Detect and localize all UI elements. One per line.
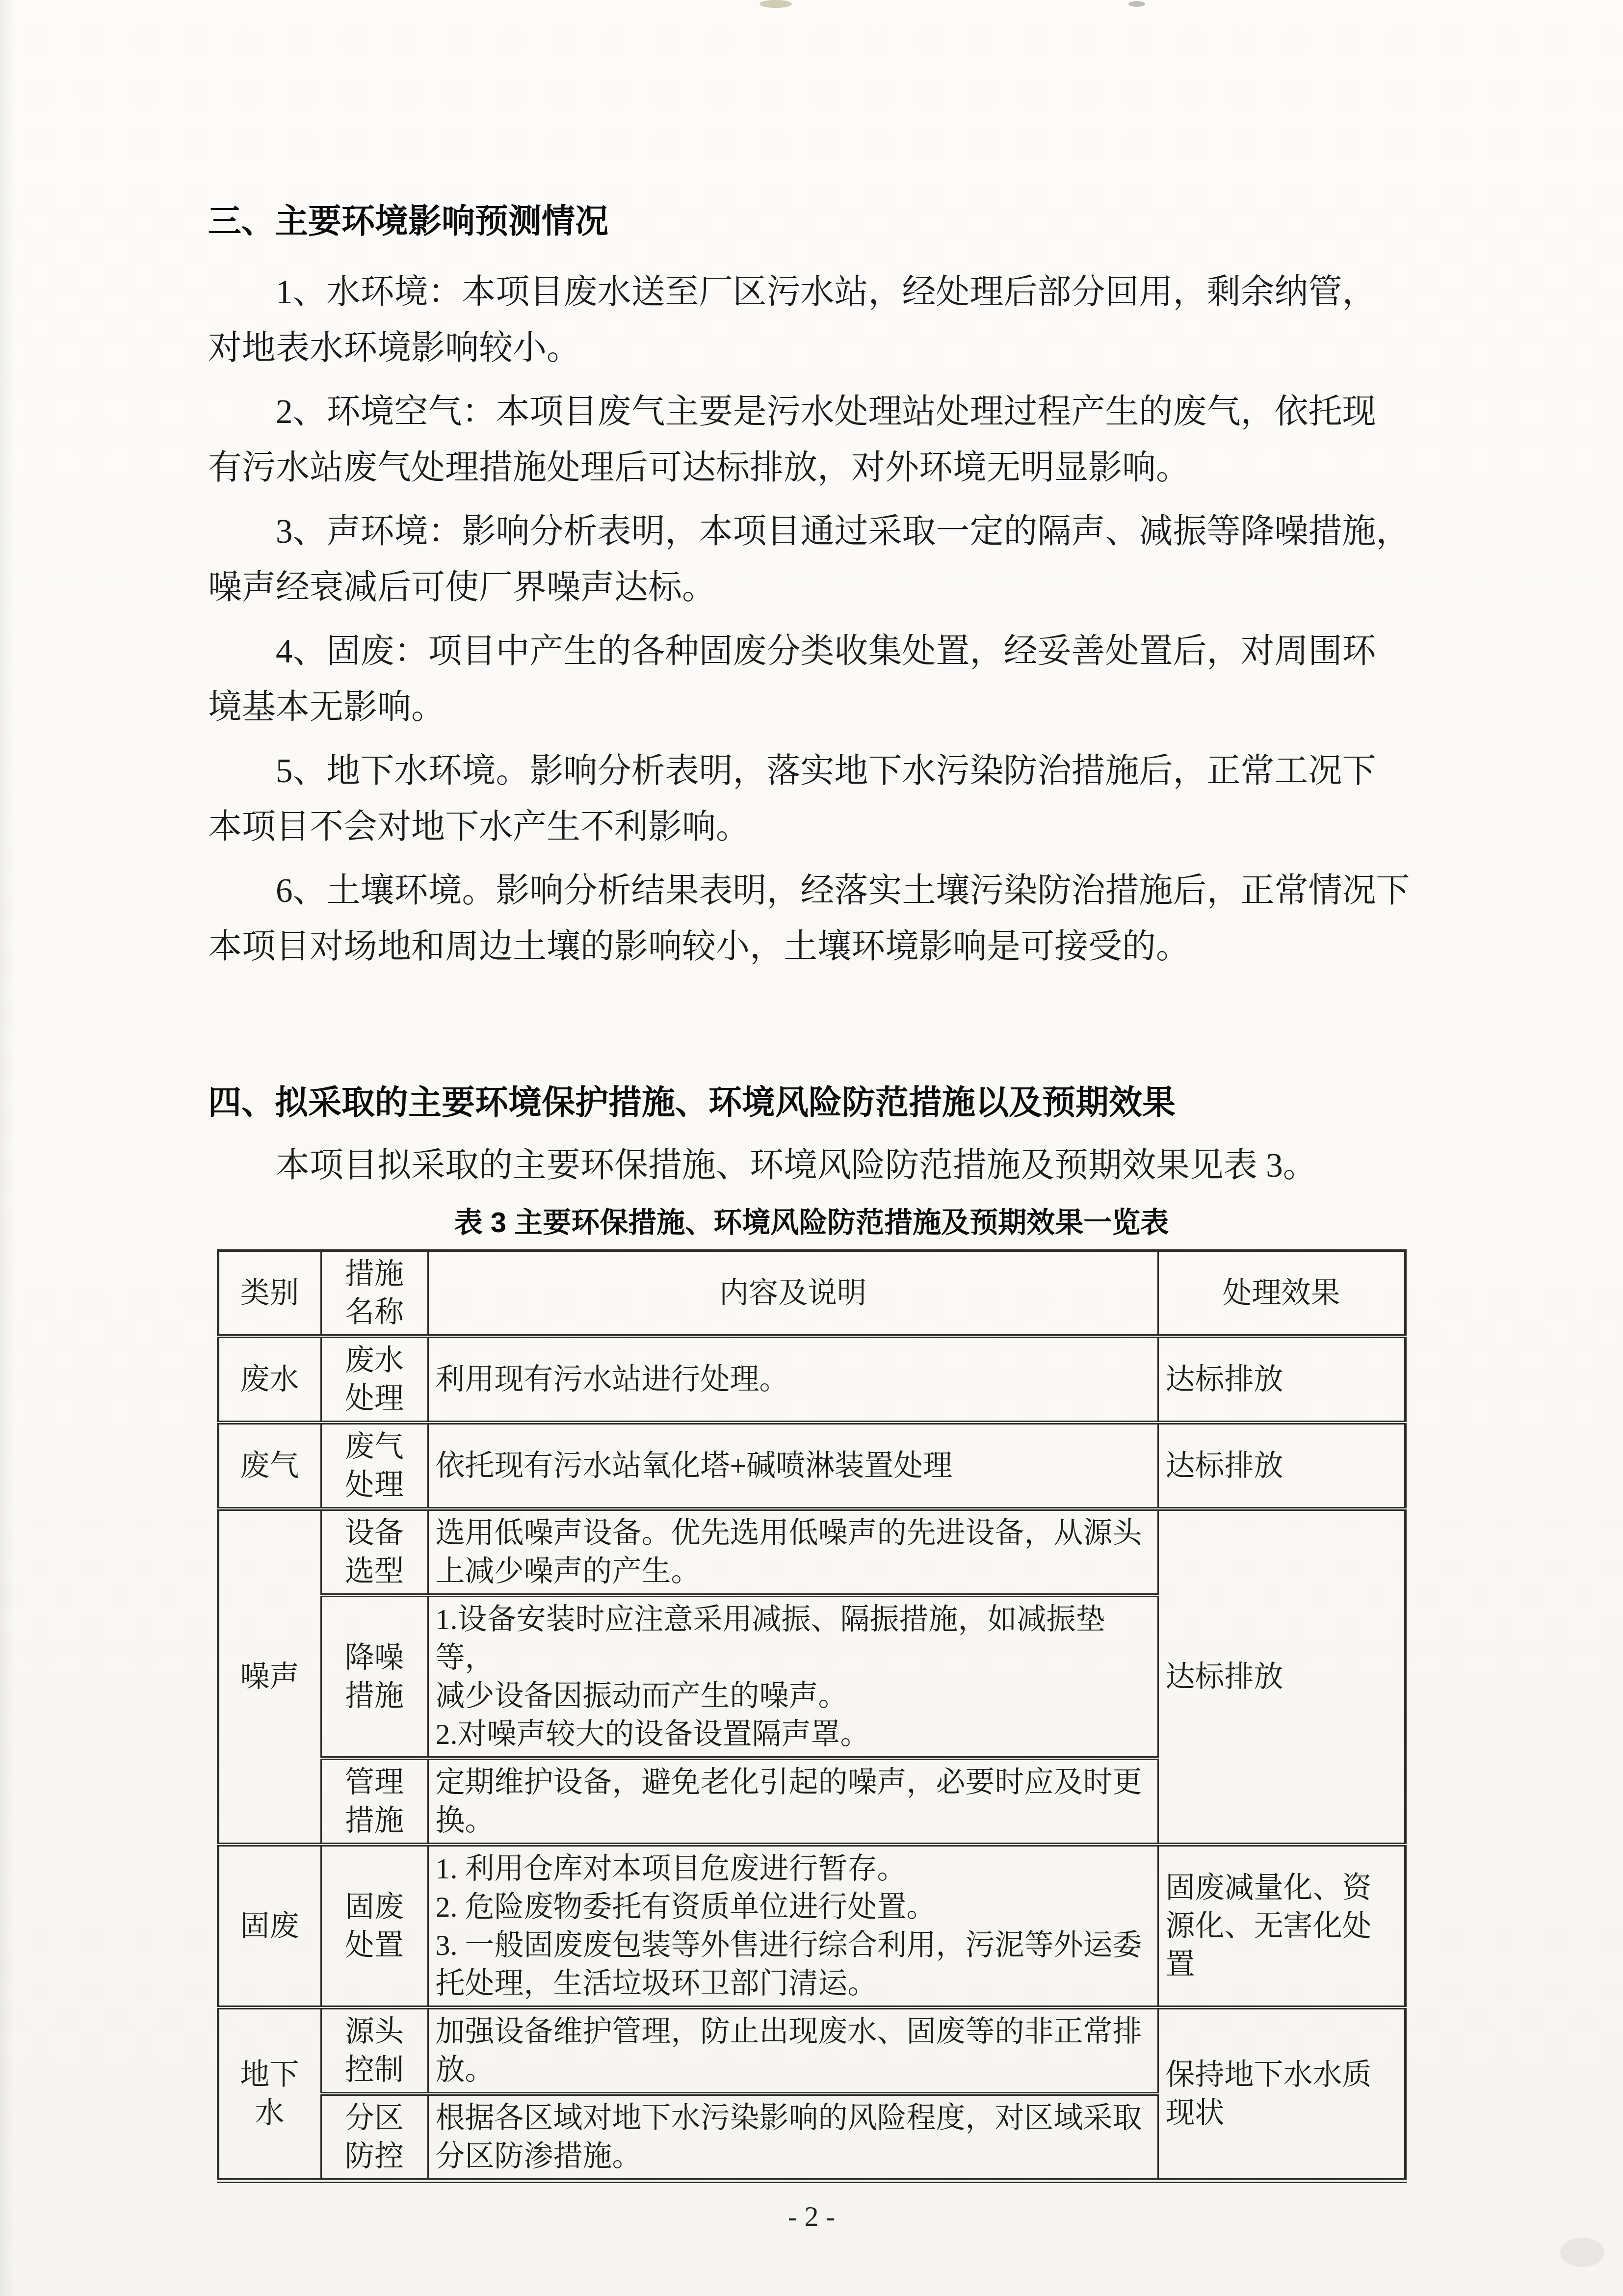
table-header-row: 类别 措施 名称 内容及说明 处理效果	[218, 1251, 1405, 1337]
cell-category-noise: 噪声	[218, 1509, 321, 1845]
section-4-intro: 本项目拟采取的主要环保措施、环境风险防范措施及预期效果见表 3。	[208, 1137, 1415, 1193]
document-page: 三、主要环境影响预测情况 1、水环境：本项目废水送至厂区污水站，经处理后部分回用…	[0, 0, 1623, 2296]
header-effect: 处理效果	[1158, 1251, 1405, 1337]
cell-content: 利用现有污水站进行处理。	[428, 1336, 1158, 1423]
header-measure-name: 措施 名称	[321, 1251, 428, 1337]
cell-measure: 废气 处理	[321, 1423, 428, 1509]
paragraph-water-env: 1、水环境：本项目废水送至厂区污水站，经处理后部分回用，剩余纳管， 对地表水环境…	[208, 264, 1415, 376]
paragraph-air-env: 2、环境空气：本项目废气主要是污水处理站处理过程产生的废气，依托现 有污水站废气…	[208, 384, 1415, 496]
table-row-wastegas: 废气 废气 处理 依托现有污水站氧化塔+碱喷淋装置处理 达标排放	[218, 1423, 1405, 1509]
table-row-noise-equipment: 噪声 设备 选型 选用低噪声设备。优先选用低噪声的先进设备，从源头 上减少噪声的…	[218, 1509, 1405, 1595]
paragraph-noise-env: 3、声环境：影响分析表明，本项目通过采取一定的隔声、减振等降噪措施， 噪声经衰减…	[208, 503, 1415, 615]
cell-measure: 降噪 措施	[321, 1595, 428, 1758]
table-row-groundwater-source: 地下 水 源头 控制 加强设备维护管理，防止出现废水、固废等的非正常排 放。 保…	[218, 2007, 1405, 2094]
page-content: 三、主要环境影响预测情况 1、水环境：本项目废水送至厂区污水站，经处理后部分回用…	[208, 0, 1415, 2236]
cell-effect: 达标排放	[1158, 1423, 1405, 1509]
section-3-heading: 三、主要环境影响预测情况	[208, 196, 1415, 246]
cell-measure: 管理 措施	[321, 1758, 428, 1845]
section-4: 四、拟采取的主要环境保护措施、环境风险防范措施以及预期效果 本项目拟采取的主要环…	[208, 1078, 1415, 2183]
cell-effect-groundwater: 保持地下水水质 现状	[1158, 2007, 1405, 2181]
cell-measure: 分区 防控	[321, 2094, 428, 2181]
paragraph-groundwater: 5、地下水环境。影响分析表明，落实地下水污染防治措施后，正常工况下 本项目不会对…	[208, 743, 1415, 855]
table-row-solid-waste: 固废 固废 处置 1. 利用仓库对本项目危废进行暂存。 2. 危险废物委托有资质…	[218, 1845, 1405, 2007]
cell-category: 废水	[218, 1336, 321, 1423]
cell-content: 依托现有污水站氧化塔+碱喷淋装置处理	[428, 1423, 1158, 1509]
cell-measure: 设备 选型	[321, 1509, 428, 1595]
cell-content: 1.设备安装时应注意采用减振、隔振措施，如减振垫等， 减少设备因振动而产生的噪声…	[428, 1595, 1158, 1758]
cell-content: 定期维护设备，避免老化引起的噪声，必要时应及时更 换。	[428, 1758, 1158, 1845]
paragraph-solid-waste: 4、固废：项目中产生的各种固废分类收集处置，经妥善处置后，对周围环 境基本无影响…	[208, 623, 1415, 735]
paragraph-soil-env: 6、土壤环境。影响分析结果表明，经落实土壤污染防治措施后，正常情况下 本项目对场…	[208, 863, 1415, 975]
cell-measure: 固废 处置	[321, 1845, 428, 2007]
section-4-heading: 四、拟采取的主要环境保护措施、环境风险防范措施以及预期效果	[208, 1078, 1415, 1128]
cell-effect-noise: 达标排放	[1158, 1509, 1405, 1845]
cell-measure: 源头 控制	[321, 2007, 428, 2094]
scan-artifact	[1560, 2238, 1604, 2267]
cell-effect: 达标排放	[1158, 1336, 1405, 1423]
section-3: 三、主要环境影响预测情况 1、水环境：本项目废水送至厂区污水站，经处理后部分回用…	[208, 196, 1415, 975]
cell-content: 根据各区域对地下水污染影响的风险程度，对区域采取 分区防渗措施。	[428, 2094, 1158, 2181]
cell-content: 选用低噪声设备。优先选用低噪声的先进设备，从源头 上减少噪声的产生。	[428, 1509, 1158, 1595]
cell-effect: 固废减量化、资 源化、无害化处 置	[1158, 1845, 1405, 2007]
scan-artifact	[759, 0, 792, 8]
scan-artifact	[1128, 1, 1145, 7]
cell-category: 废气	[218, 1423, 321, 1509]
header-content: 内容及说明	[428, 1251, 1158, 1337]
cell-category: 固废	[218, 1845, 321, 2007]
measures-effects-table: 类别 措施 名称 内容及说明 处理效果 废水 废水 处理 利用现有污水站进行处理…	[217, 1249, 1407, 2183]
table-row-wastewater: 废水 废水 处理 利用现有污水站进行处理。 达标排放	[218, 1336, 1405, 1423]
cell-content: 加强设备维护管理，防止出现废水、固废等的非正常排 放。	[428, 2007, 1158, 2094]
page-number: - 2 -	[208, 2197, 1415, 2236]
table-3-caption: 表 3 主要环保措施、环境风险防范措施及预期效果一览表	[208, 1200, 1415, 1245]
cell-measure: 废水 处理	[321, 1336, 428, 1423]
cell-content: 1. 利用仓库对本项目危废进行暂存。 2. 危险废物委托有资质单位进行处置。 3…	[428, 1845, 1158, 2007]
cell-category-groundwater: 地下 水	[218, 2007, 321, 2181]
header-category: 类别	[218, 1251, 321, 1337]
scan-edge-shadow	[0, 0, 15, 2296]
